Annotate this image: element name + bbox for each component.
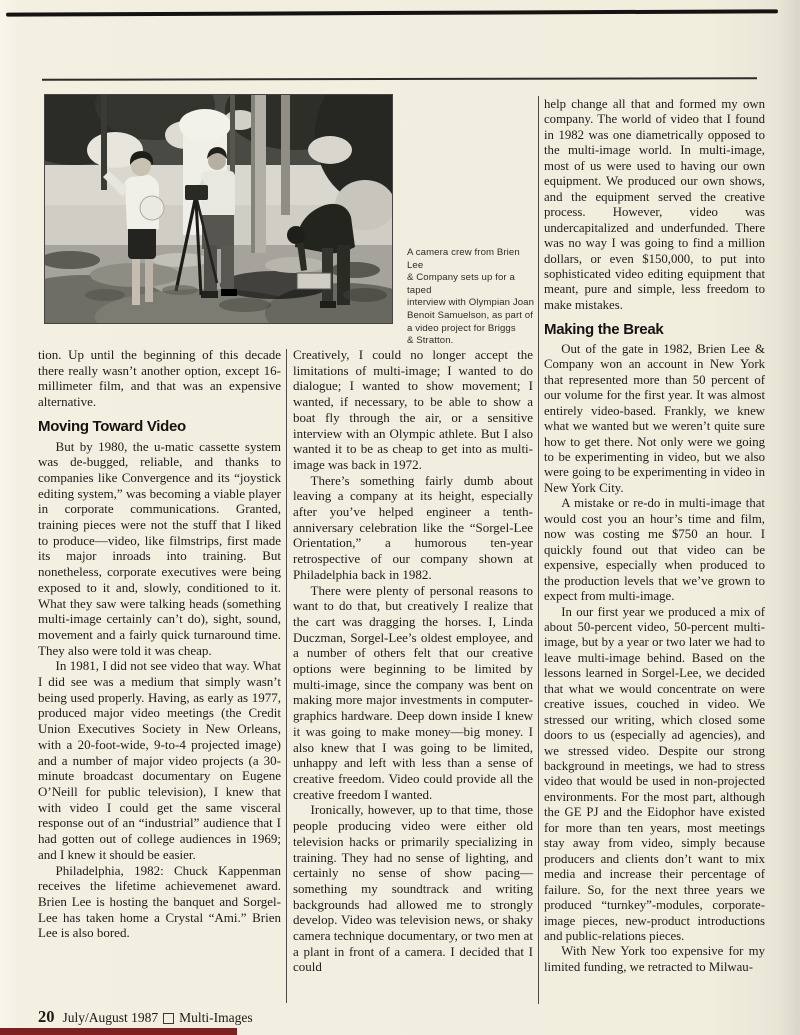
- paragraph: In 1981, I did not see video that way. W…: [38, 658, 281, 862]
- photo-illustration: [45, 95, 392, 323]
- issue-date: July/August 1987: [63, 1010, 159, 1026]
- article-photo: [45, 95, 392, 323]
- column-divider-right: [538, 96, 539, 1004]
- bottom-red-strip: [0, 1028, 237, 1035]
- paragraph: There were plenty of personal reasons to…: [293, 583, 533, 803]
- section-heading-moving-toward-video: Moving Toward Video: [38, 419, 281, 435]
- photo-caption: A camera crew from Brien Lee & Company s…: [407, 247, 537, 348]
- paragraph: In our first year we produced a mix of a…: [544, 605, 765, 945]
- magazine-name: Multi-Images: [179, 1010, 253, 1026]
- caption-line: a video project for Briggs: [407, 323, 537, 336]
- page-footer: 20 July/August 1987 Multi-Images: [38, 1007, 253, 1027]
- paragraph: Ironically, however, up to that time, th…: [293, 802, 533, 975]
- paragraph: Out of the gate in 1982, Brien Lee & Com…: [544, 342, 765, 497]
- caption-line: & Stratton.: [407, 335, 537, 348]
- caption-line: Benoit Samuelson, as part of: [407, 310, 537, 323]
- paragraph: Creatively, I could no longer accept the…: [293, 347, 533, 473]
- column-divider-left: [286, 349, 287, 1003]
- paragraph: tion. Up until the beginning of this dec…: [38, 347, 281, 410]
- paragraph: With New York too expensive for my limit…: [544, 944, 765, 975]
- scan-top-edge: [6, 9, 778, 16]
- paragraph: Philadelphia, 1982: Chuck Kappenman rece…: [38, 863, 281, 942]
- header-rule: [42, 77, 757, 80]
- footer-square-icon: [163, 1013, 174, 1024]
- page-number: 20: [38, 1007, 55, 1027]
- caption-line: & Company sets up for a taped: [407, 272, 537, 297]
- paragraph: There’s something fairly dumb about leav…: [293, 473, 533, 583]
- section-heading-making-the-break: Making the Break: [544, 322, 765, 337]
- caption-line: A camera crew from Brien Lee: [407, 247, 537, 272]
- paragraph: help change all that and formed my own c…: [544, 97, 765, 313]
- paragraph: A mistake or re-do in multi-image that w…: [544, 496, 765, 604]
- article-column-right: help change all that and formed my own c…: [544, 97, 765, 975]
- caption-line: interview with Olympian Joan: [407, 297, 537, 310]
- paragraph: But by 1980, the u-matic cassette system…: [38, 439, 281, 659]
- article-column-left: tion. Up until the beginning of this dec…: [38, 347, 281, 941]
- article-column-middle: Creatively, I could no longer accept the…: [293, 347, 533, 975]
